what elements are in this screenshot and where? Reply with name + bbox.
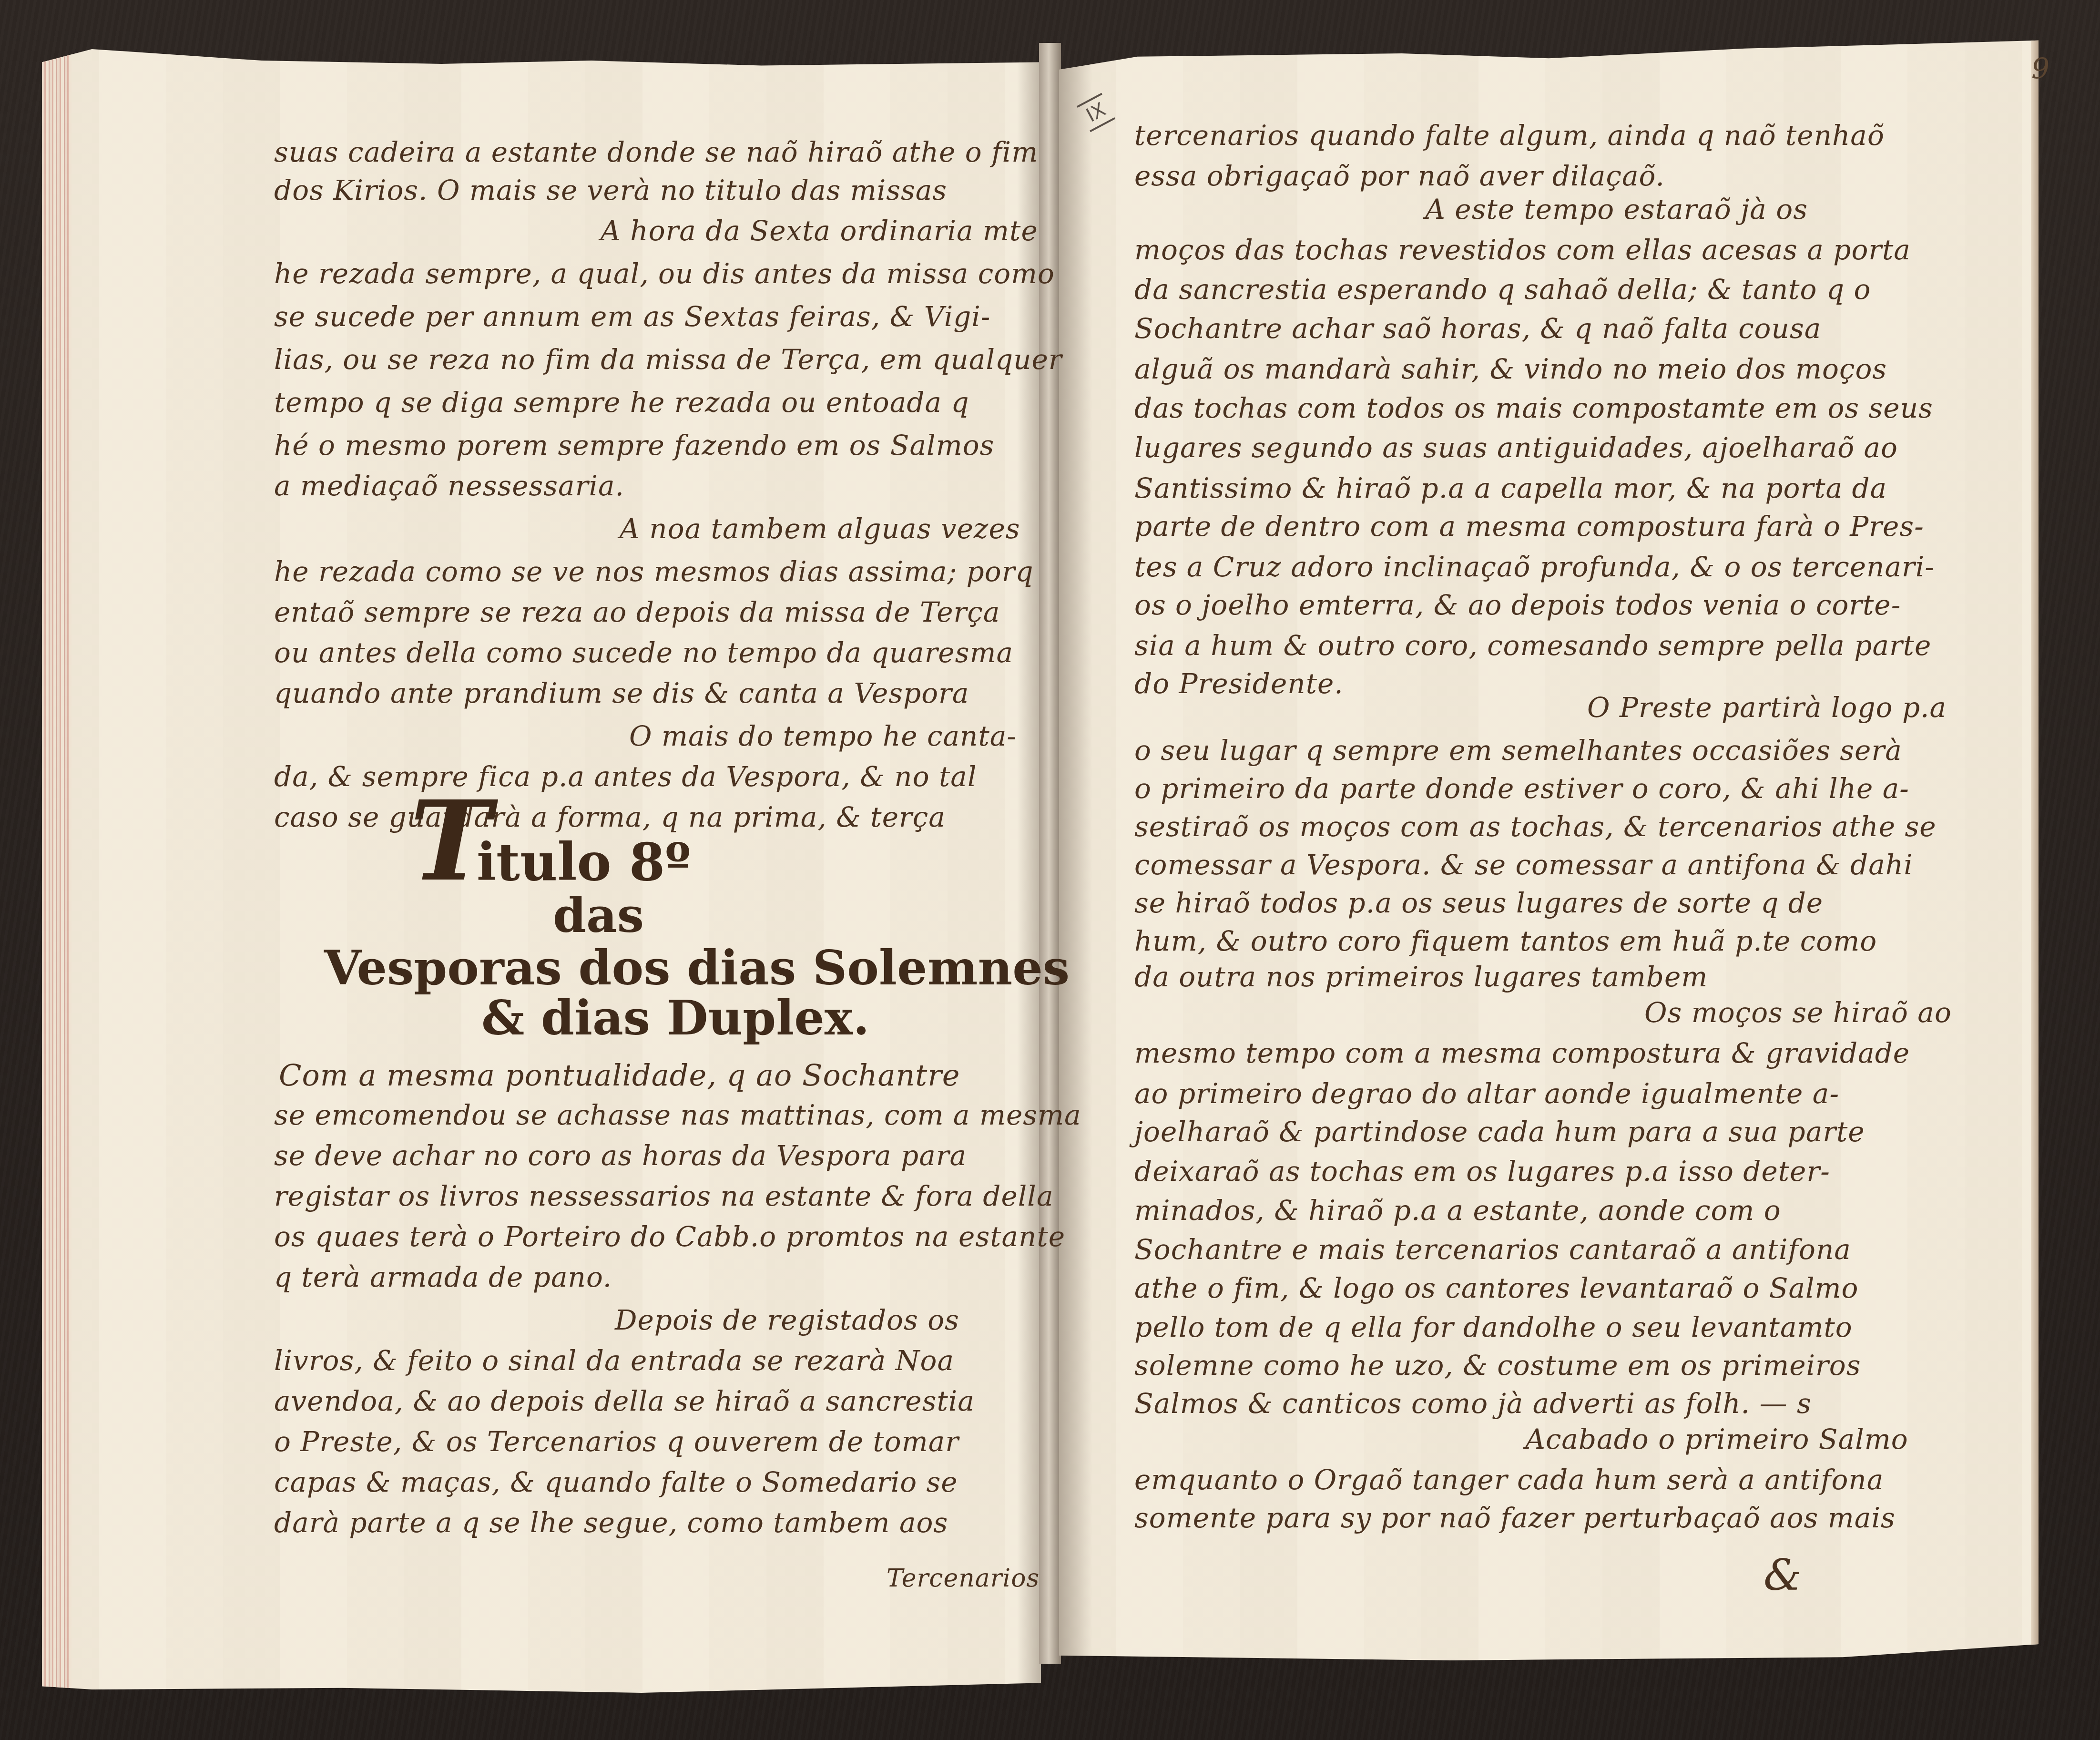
text-line: sestiraõ os moços com as tochas, & terce… [1134,813,1937,840]
text-line: hé o mesmo porem sempre fazendo em os Sa… [274,431,994,459]
folio-number: 9 [2031,52,2049,86]
text-line: se sucede per annum em as Sextas feiras,… [274,303,990,330]
page-edge [2031,37,2039,1660]
text-line: moços das tochas revestidos com ellas ac… [1134,236,1911,264]
text-line: o seu lugar q sempre em semelhantes occa… [1134,737,1902,764]
text-line: o Preste, & os Tercenarios q ouverem de … [274,1428,959,1455]
text-line: do Presidente. [1134,670,1344,697]
page-edge-stripe [42,46,71,1693]
text-line: ou antes della como sucede no tempo da q… [274,639,1013,666]
text-line: comessar a Vespora. & se comessar a anti… [1134,851,1913,879]
text-line: os o joelho emterra, & ao depois todos v… [1134,591,1901,619]
text-line: a mediaçaõ nessessaria. [274,472,624,500]
text-line: tercenarios quando falte algum, ainda q … [1134,122,1885,149]
text-line: Sochantre e mais tercenarios cantaraõ a … [1134,1236,1851,1263]
text-line: alguã os mandarà sahir, & vindo no meio … [1134,355,1887,383]
text-line: minados, & hiraõ p.a a estante, aonde co… [1134,1197,1781,1224]
text-line: Sochantre achar saõ horas, & q naõ falta… [1134,315,1821,342]
text-line: o primeiro da parte donde estiver o coro… [1134,775,1909,802]
text-line: registar os livros nessessarios na estan… [274,1182,1054,1210]
text-line: A hora da Sexta ordinaria mte [601,217,1038,245]
text-line: da, & sempre fica p.a antes da Vespora, … [274,763,977,790]
text-line: O mais do tempo he canta- [629,722,1017,750]
text-line: he rezada sempre, a qual, ou dis antes d… [274,260,1055,287]
text-line: entaõ sempre se reza ao depois da missa … [274,598,1000,626]
text-line: Depois de registados os [615,1306,959,1334]
title-line-1: itulo 8º [477,837,691,888]
text-line: hum, & outro coro fiquem tantos em huã p… [1134,927,1877,955]
text-line: emquanto o Orgaõ tanger cada hum serà a … [1134,1466,1884,1494]
text-line: pello tom de q ella for dandolhe o seu l… [1134,1313,1853,1341]
text-line: A noa tambem alguas vezes [620,515,1020,542]
text-line: Acabado o primeiro Salmo [1525,1425,1908,1453]
catchword: Tercenarios [887,1566,1040,1591]
text-line: darà parte a q se lhe segue, como tambem… [274,1509,948,1536]
text-line: Salmos & canticos como jà adverti as fol… [1134,1390,1812,1417]
text-line: avendoa, & ao depois della se hiraõ a sa… [274,1387,975,1415]
text-line: athe o fim, & logo os cantores levantara… [1134,1274,1859,1302]
text-line: lugares segundo as suas antiguidades, aj… [1134,434,1898,461]
text-line: da outra nos primeiros lugares tambem [1134,963,1708,991]
text-line: dos Kirios. O mais se verà no titulo das… [274,176,947,204]
text-line: suas cadeira a estante donde se naõ hira… [274,138,1038,166]
text-line: Com a mesma pontualidade, q ao Sochantre [279,1061,960,1090]
text-line: da sancrestia esperando q sahaõ della; &… [1134,276,1871,303]
text-line: he rezada como se ve nos mesmos dias ass… [274,558,1034,585]
text-line: caso se guardarà a forma, q na prima, & … [274,803,946,831]
text-line: sia a hum & outro coro, comesando sempre… [1134,632,1931,659]
text-line: deixaraõ as tochas em os lugares p.a iss… [1134,1157,1830,1185]
title-line-4: & dias Duplex. [481,994,869,1042]
text-line: ao primeiro degrao do altar aonde igualm… [1134,1080,1839,1107]
text-line: livros, & feito o sinal da entrada se re… [274,1347,954,1374]
text-line: quando ante prandium se dis & canta a Ve… [274,679,969,707]
text-line: se hiraõ todos p.a os seus lugares de so… [1134,889,1823,917]
text-line: Santissimo & hiraõ p.a a capella mor, & … [1134,474,1887,502]
text-line: capas & maças, & quando falte o Somedari… [274,1468,958,1496]
text-line: tes a Cruz adoro inclinaçaõ profunda, & … [1134,553,1935,581]
text-line: somente para sy por naõ fazer perturbaça… [1134,1504,1896,1532]
text-line: das tochas com todos os mais compostamte… [1134,394,1933,422]
text-line: lias, ou se reza no fim da missa de Terç… [274,346,1062,373]
text-line: os quaes terà o Porteiro do Cabb.o promt… [274,1223,1065,1250]
title-line-2: das [553,891,644,939]
text-line: O Preste partirà logo p.a [1587,694,1947,721]
text-line: se deve achar no coro as horas da Vespor… [274,1142,967,1169]
text-line: tempo q se diga sempre he rezada ou ento… [274,389,969,416]
text-line: joelharaõ & partindose cada hum para a s… [1134,1118,1865,1146]
text-line: Os moços se hiraõ ao [1644,999,1952,1026]
text-line: A este tempo estaraõ jà os [1425,195,1808,223]
gutter-shadow [1059,37,1092,1660]
text-line: parte de dentro com a mesma compostura f… [1134,512,1924,540]
text-line: solemne como he uzo, & costume em os pri… [1134,1351,1861,1379]
text-line: mesmo tempo com a mesma compostura & gra… [1134,1039,1910,1067]
text-line: essa obrigaçaõ por naõ aver dilaçaõ. [1134,162,1665,190]
gutter-shadow [1017,46,1041,1693]
text-line: se emcomendou se achasse nas mattinas, c… [274,1101,1081,1129]
text-line: q terà armada de pano. [274,1263,612,1291]
title-line-3: Vesporas dos dias Solemnes [324,944,1070,992]
catchword: & [1764,1554,1802,1597]
